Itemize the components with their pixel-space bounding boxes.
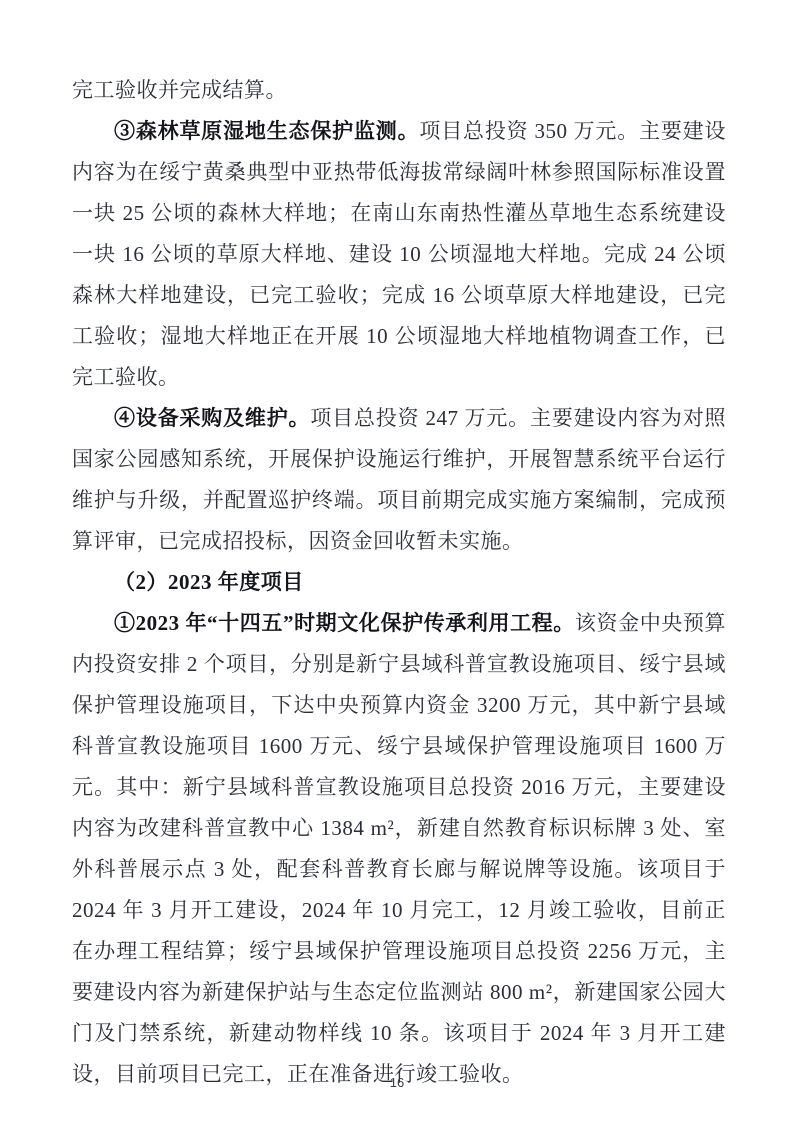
document-body: 完工验收并完成结算。 ③森林草原湿地生态保护监测。项目总投资 350 万元。主要… xyxy=(72,70,726,1095)
section-heading-2023-projects: （2）2023 年度项目 xyxy=(72,562,726,603)
paragraph-continuation: 完工验收并完成结算。 xyxy=(72,70,726,111)
item-lead: ④设备采购及维护。 xyxy=(114,406,310,430)
item-lead: ③森林草原湿地生态保护监测。 xyxy=(114,119,419,143)
page-number: 16 xyxy=(0,1075,794,1090)
item-body: 该资金中央预算内投资安排 2 个项目，分别是新宁县域科普宣教设施项目、绥宁县域保… xyxy=(72,611,726,1086)
document-page: 完工验收并完成结算。 ③森林草原湿地生态保护监测。项目总投资 350 万元。主要… xyxy=(0,0,794,1122)
paragraph-item-4: ④设备采购及维护。项目总投资 247 万元。主要建设内容为对照国家公园感知系统，… xyxy=(72,398,726,562)
section-heading-text: （2）2023 年度项目 xyxy=(114,570,304,594)
item-body: 项目总投资 350 万元。主要建设内容为在绥宁黄桑典型中亚热带低海拔常绿阔叶林参… xyxy=(72,119,726,389)
paragraph-item-3: ③森林草原湿地生态保护监测。项目总投资 350 万元。主要建设内容为在绥宁黄桑典… xyxy=(72,111,726,398)
item-lead: ①2023 年“十四五”时期文化保护传承利用工程。 xyxy=(114,611,575,635)
paragraph-text: 完工验收并完成结算。 xyxy=(72,78,287,102)
paragraph-item-1-2023: ①2023 年“十四五”时期文化保护传承利用工程。该资金中央预算内投资安排 2 … xyxy=(72,603,726,1095)
